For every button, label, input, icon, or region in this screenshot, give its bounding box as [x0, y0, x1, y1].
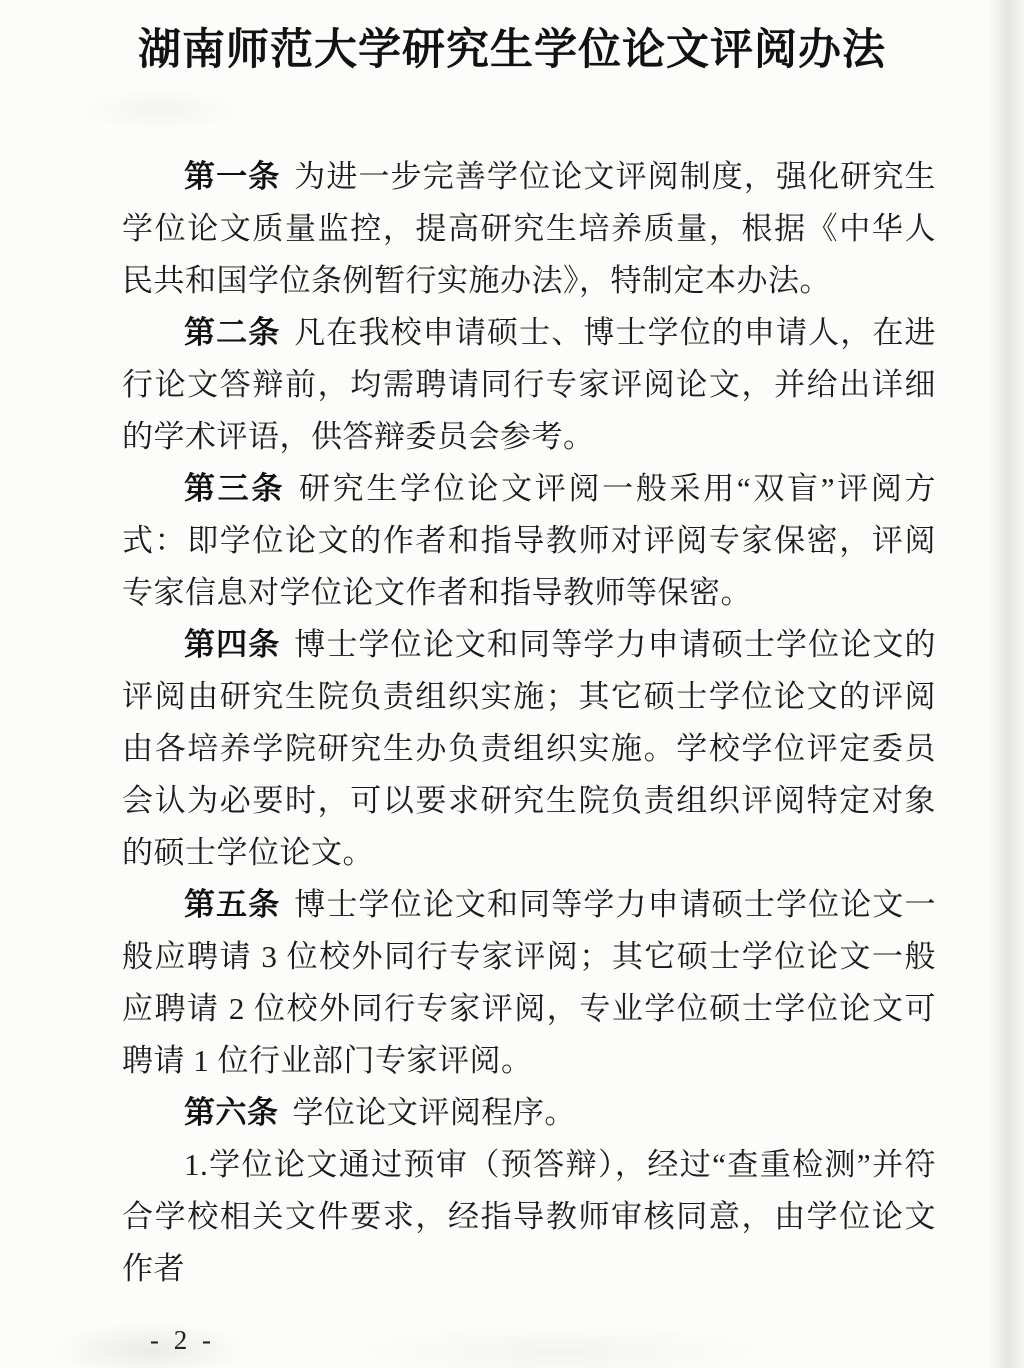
paragraph: 1.学位论文通过预审（预答辩），经过“查重检测”并符合学校相关文件要求，经指导教…: [122, 1139, 936, 1295]
paragraph-label: 第五条: [184, 887, 280, 922]
document-page: 湖南师范大学研究生学位论文评阅办法 第一条为进一步完善学位论文评阅制度，强化研究…: [0, 0, 1024, 1368]
paragraph-label: 第六条: [184, 1095, 279, 1130]
paragraph-label: 第二条: [184, 315, 280, 350]
paragraph: 第一条为进一步完善学位论文评阅制度，强化研究生学位论文质量监控，提高研究生培养质…: [122, 151, 936, 307]
document-title: 湖南师范大学研究生学位论文评阅办法: [56, 16, 968, 77]
scan-edge-shadow: [988, 0, 1024, 1368]
paragraph: 第五条博士学位论文和同等学力申请硕士学位论文一般应聘请 3 位校外同行专家评阅；…: [122, 879, 936, 1087]
page-number: - 2 -: [150, 1325, 215, 1356]
paragraph: 第三条研究生学位论文评阅一般采用“双盲”评阅方式：即学位论文的作者和指导教师对评…: [122, 463, 936, 619]
paragraph-text: 博士学位论文和同等学力申请硕士学位论文的评阅由研究生院负责组织实施；其它硕士学位…: [122, 627, 936, 870]
paragraph-text: 学位论文评阅程序。: [292, 1095, 576, 1130]
paragraph-label: 第四条: [184, 627, 280, 662]
paragraph: 第二条凡在我校申请硕士、博士学位的申请人，在进行论文答辩前，均需聘请同行专家评阅…: [122, 307, 936, 463]
paragraph-text: 1.学位论文通过预审（预答辩），经过“查重检测”并符合学校相关文件要求，经指导教…: [122, 1147, 936, 1286]
paragraph-label: 第三条: [184, 471, 285, 506]
paragraph-label: 第一条: [184, 159, 280, 194]
document-body: 第一条为进一步完善学位论文评阅制度，强化研究生学位论文质量监控，提高研究生培养质…: [122, 151, 936, 1295]
paragraph: 第六条学位论文评阅程序。: [122, 1087, 936, 1139]
paragraph: 第四条博士学位论文和同等学力申请硕士学位论文的评阅由研究生院负责组织实施；其它硕…: [122, 619, 936, 879]
